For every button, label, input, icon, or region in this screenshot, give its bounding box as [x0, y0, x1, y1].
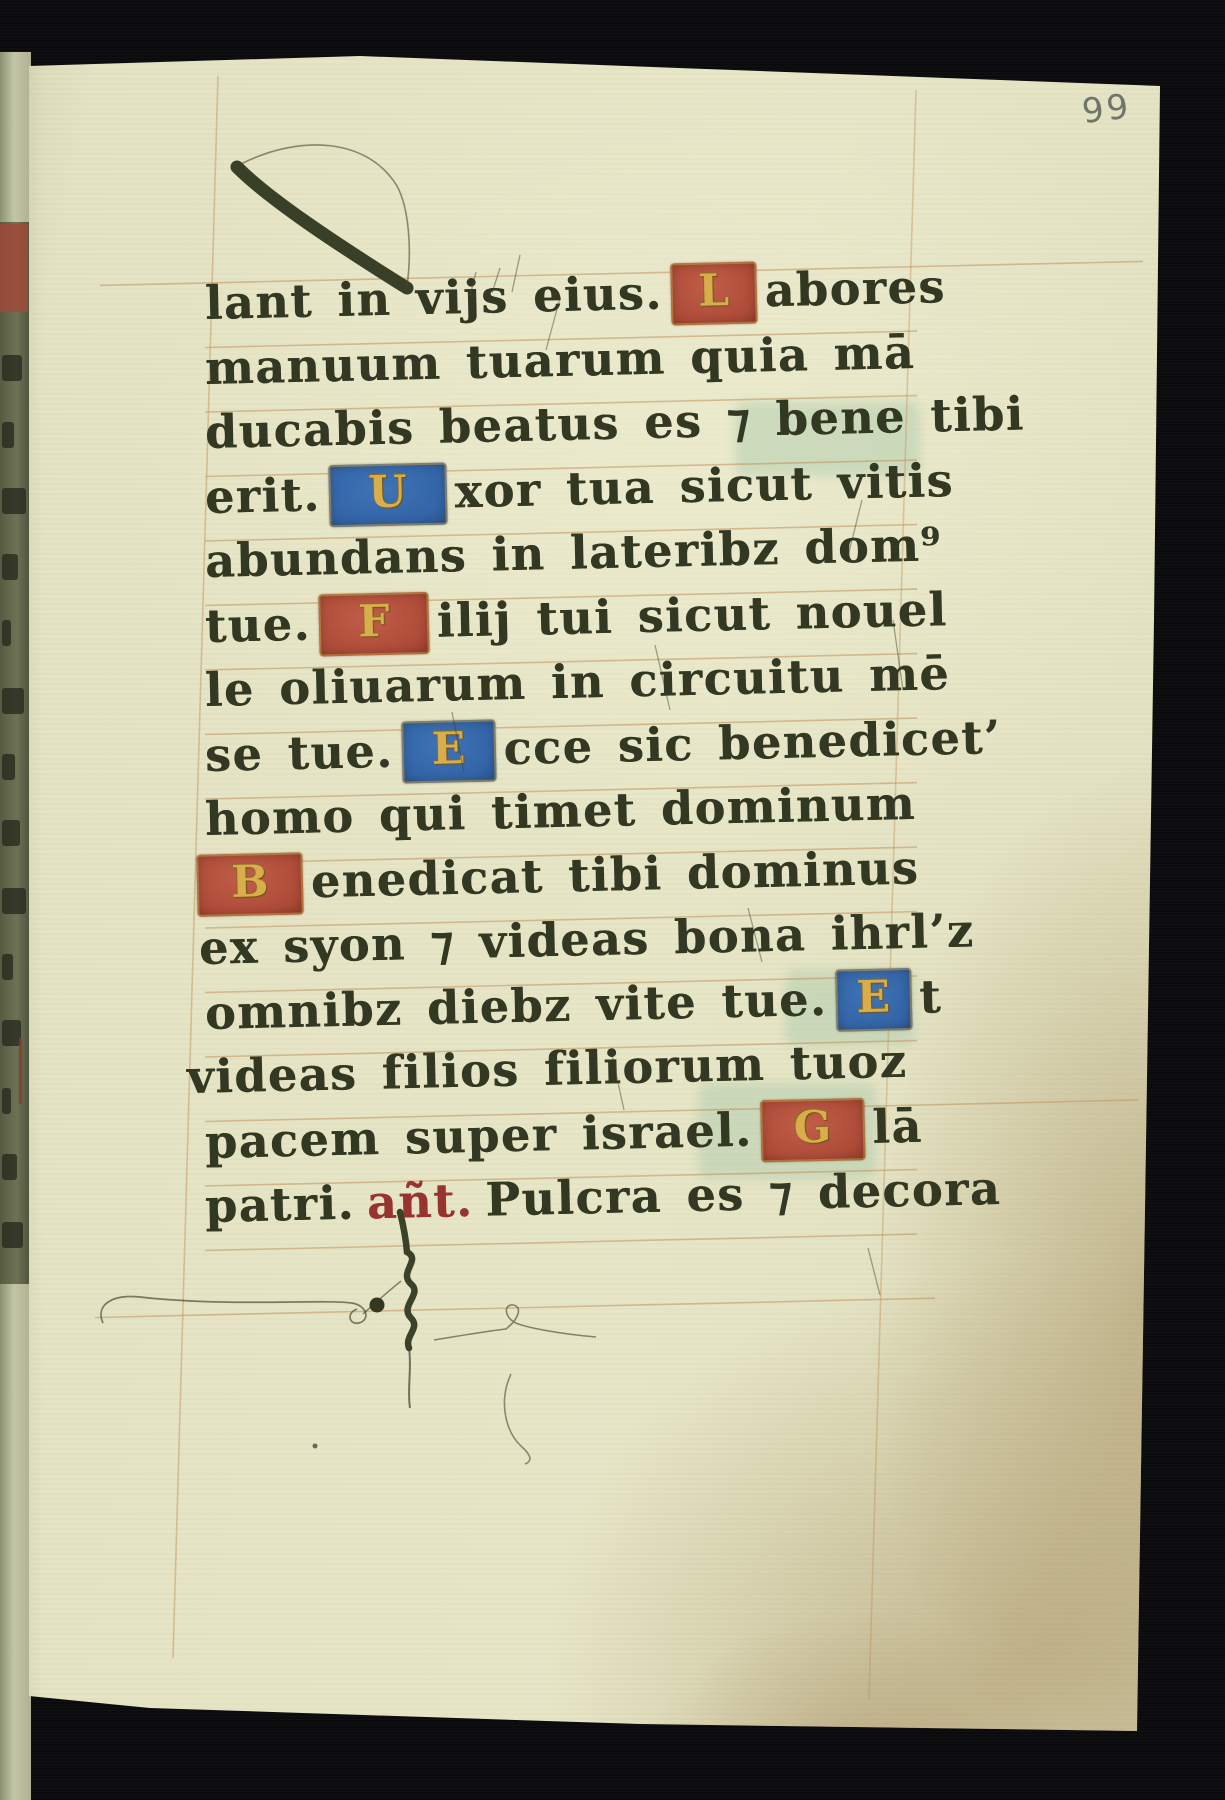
- facing-page-text-fragment: [2, 1222, 23, 1248]
- facing-page-text-fragment: [2, 488, 26, 514]
- text-run: pacem super israel.: [204, 1098, 753, 1172]
- ruled-line: [95, 1298, 935, 1317]
- ink-blob: [370, 1298, 385, 1313]
- text-run: xor tua sicut vitis: [454, 449, 955, 522]
- rubric-text: añt.: [366, 1169, 474, 1233]
- right-hairline-curl: [434, 1305, 596, 1340]
- illuminated-initial-E: E: [401, 719, 496, 783]
- facing-page-text-fragment: [2, 1088, 11, 1114]
- illuminated-initial-U: U: [328, 462, 447, 527]
- facing-page-text-fragment: [2, 754, 15, 780]
- facing-page-text-fragment: [2, 954, 13, 980]
- text-run: ilij tui sicut nouel: [436, 578, 948, 652]
- text-run: lant in vijs eius.: [204, 262, 663, 334]
- left-hairline-rise: [363, 1281, 401, 1314]
- text-run: cce sic benedicet’: [503, 705, 1002, 778]
- photo-backdrop: 99 lant in vijs eius.Laboresmanuum tuaru…: [0, 0, 1225, 1800]
- initial-letter: E: [856, 971, 891, 1023]
- initial-letter: L: [698, 265, 730, 317]
- initial-letter: F: [358, 595, 390, 647]
- illuminated-initial-E: E: [835, 967, 912, 1031]
- text-run: erit.: [204, 463, 321, 528]
- facing-page-text-fragment: [2, 1154, 17, 1180]
- initial-letter: G: [793, 1101, 832, 1153]
- illuminated-initial-G: G: [760, 1098, 865, 1162]
- facing-page-red-initial: [0, 224, 28, 312]
- text-run: Pulcra es ⁊ decora: [485, 1157, 1002, 1231]
- text-run: tue.: [204, 592, 311, 656]
- initial-letter: E: [431, 723, 466, 775]
- s-curve-hairline: [504, 1374, 529, 1464]
- illuminated-initial-F: F: [318, 591, 429, 655]
- text-run: enedicat tibi dominus: [310, 836, 920, 912]
- text-run: t: [919, 965, 943, 1028]
- facing-page-sliver: [0, 222, 30, 1284]
- p-descender-tail: [409, 1348, 410, 1408]
- facing-page-text-fragment: [2, 620, 11, 646]
- text-run: se tue.: [204, 719, 394, 785]
- facing-page-text-fragment: [2, 422, 14, 448]
- text-run: patri.: [204, 1172, 355, 1237]
- facing-page-text-fragment: [2, 688, 24, 714]
- text-run: abores: [764, 255, 946, 321]
- top-flourish-hairline-loop: [241, 145, 409, 286]
- text-run: lā: [872, 1094, 924, 1157]
- folio-number: 99: [1080, 84, 1154, 132]
- initial-letter: U: [368, 466, 408, 518]
- facing-page-text-fragment: [2, 355, 22, 381]
- left-hairline-curl: [350, 1303, 366, 1323]
- illuminated-initial-L: L: [670, 261, 757, 325]
- facing-page-text-fragment: [2, 820, 20, 846]
- illuminated-initial-B: B: [196, 852, 303, 916]
- left-hairline-sweep: [101, 1297, 352, 1323]
- ink-speck: [313, 1444, 318, 1449]
- manuscript-page: 99 lant in vijs eius.Laboresmanuum tuaru…: [0, 0, 1225, 1800]
- facing-page-text-fragment: [2, 888, 26, 914]
- facing-page-text-fragment: [2, 554, 18, 580]
- facing-page-red-line: [19, 1038, 22, 1104]
- initial-letter: B: [231, 856, 269, 908]
